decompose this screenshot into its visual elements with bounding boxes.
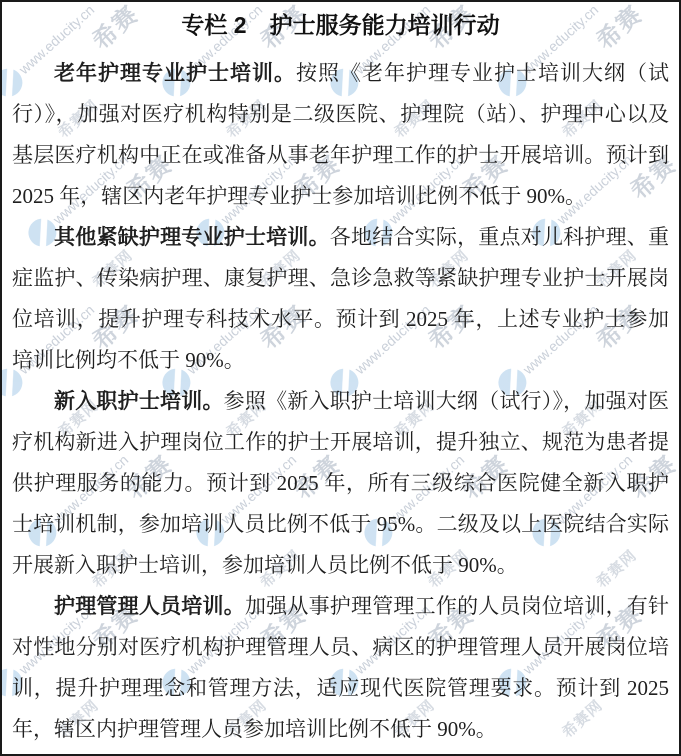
panel-title: 专栏 2 护士服务能力培训行动 xyxy=(2,11,679,40)
panel-body: 老年护理专业护士培训。按照《老年护理专业护士培训大纲（试行）》，加强对医疗机构特… xyxy=(2,53,679,750)
column-panel: 希赛www.educity.cn希赛网希赛www.educity.cn希赛网希赛… xyxy=(0,0,681,756)
paragraph-lead: 新入职护士培训。 xyxy=(54,389,224,413)
paragraph-nursing-manager-training: 护理管理人员培训。加强从事护理管理工作的人员岗位培训，有针对性地分别对医疗机构护… xyxy=(12,586,669,750)
paragraph-lead: 老年护理专业护士培训。 xyxy=(54,61,296,85)
paragraph-shortage-specialty-training: 其他紧缺护理专业护士培训。各地结合实际，重点对儿科护理、重症监护、传染病护理、康… xyxy=(12,217,669,381)
paragraph-elderly-nursing-training: 老年护理专业护士培训。按照《老年护理专业护士培训大纲（试行）》，加强对医疗机构特… xyxy=(12,53,669,217)
paragraph-lead: 其他紧缺护理专业护士培训。 xyxy=(54,225,330,249)
paragraph-lead: 护理管理人员培训。 xyxy=(54,594,245,618)
paragraph-text: 参照《新入职护士培训大纲（试行）》，加强对医疗机构新进入护理岗位工作的护士开展培… xyxy=(12,389,669,577)
paragraph-new-nurse-training: 新入职护士培训。参照《新入职护士培训大纲（试行）》，加强对医疗机构新进入护理岗位… xyxy=(12,381,669,586)
